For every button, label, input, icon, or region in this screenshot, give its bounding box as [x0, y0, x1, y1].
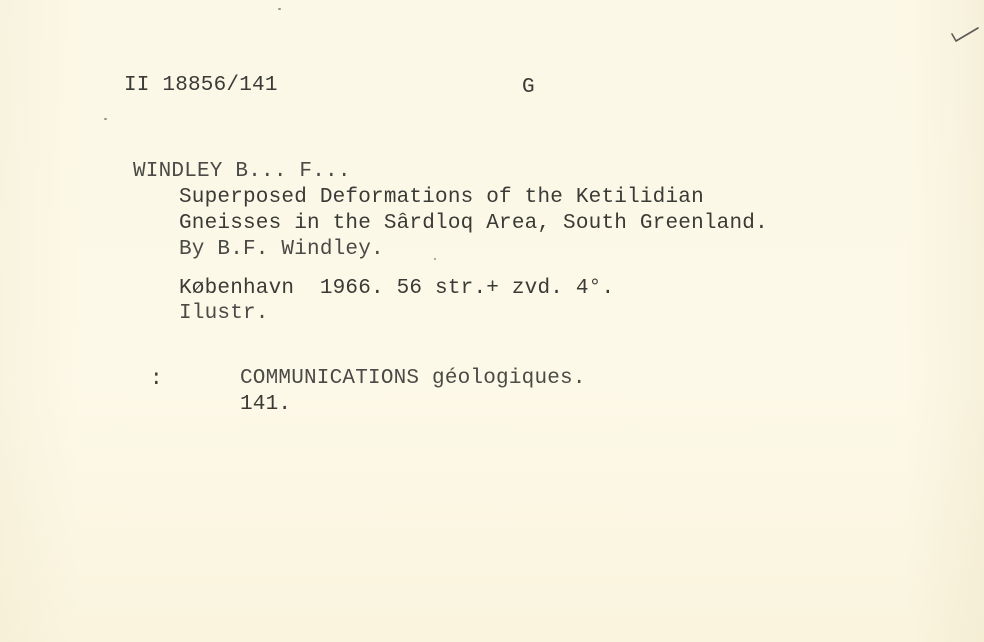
author-heading: WINDLEY B... F...	[133, 159, 351, 185]
series-marker: :	[150, 367, 163, 393]
catalog-card: II 18856/141 G WINDLEY B... F... Superpo…	[0, 0, 984, 642]
title-line-2: Gneisses in the Sârdloq Area, South Gree…	[179, 211, 768, 237]
paper-speck	[104, 118, 107, 120]
call-number: II 18856/141	[124, 73, 278, 99]
illustrations-note: Ilustr.	[179, 301, 269, 327]
imprint: København 1966. 56 str.+ zvd. 4°.	[179, 276, 614, 302]
location-code: G	[522, 75, 535, 101]
paper-speck	[278, 8, 281, 10]
series-title: COMMUNICATIONS géologiques.	[240, 366, 586, 392]
paper-speck	[434, 258, 436, 260]
title-line-1: Superposed Deformations of the Ketilidia…	[179, 185, 704, 211]
statement-of-responsibility: By B.F. Windley.	[179, 237, 384, 263]
check-mark-icon	[951, 26, 979, 42]
series-number: 141.	[240, 392, 291, 418]
